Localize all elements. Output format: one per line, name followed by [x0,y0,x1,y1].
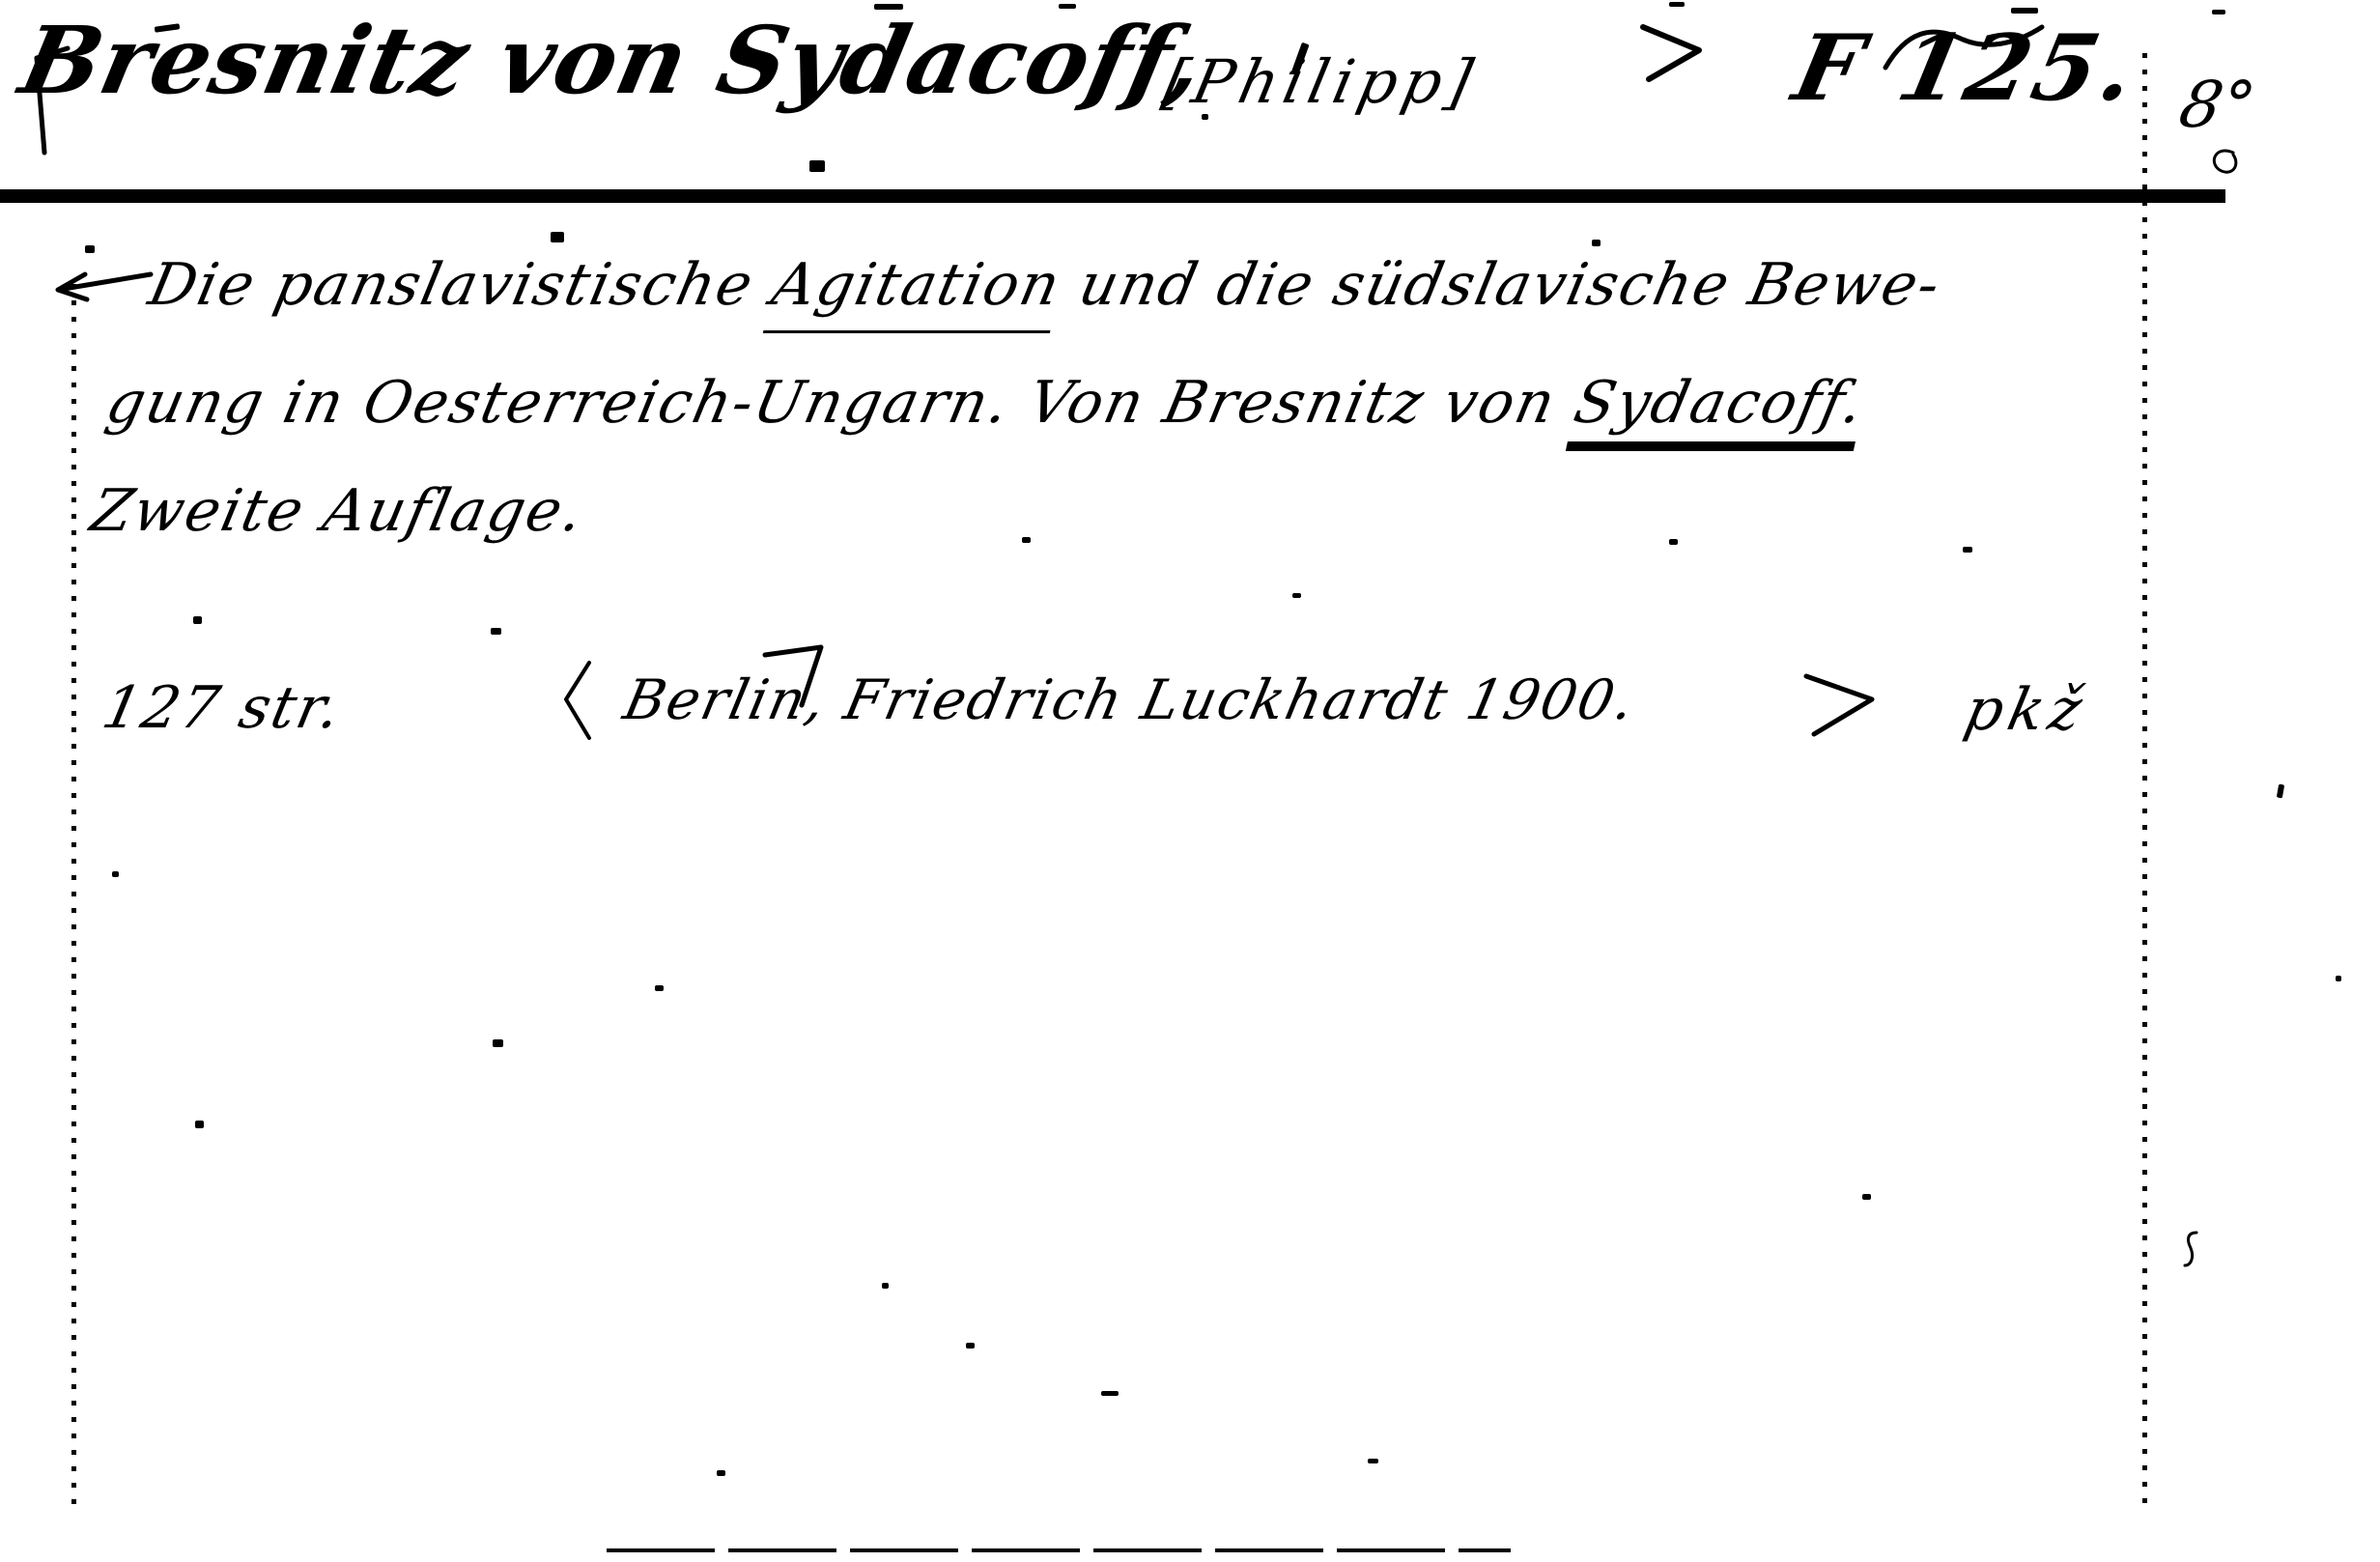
ink-speck [1368,1459,1378,1463]
ink-speck [882,1283,889,1289]
ink-speck [491,628,501,635]
right-dotted-border [2142,53,2147,1511]
ink-speck [85,245,95,253]
title-line1-underlined: Agitation [763,251,1067,333]
title-line-2: gung in Oesterreich-Ungarn. Von Bresnitz… [100,369,1871,437]
ink-speck [1292,593,1301,598]
squiggle-icon [2204,145,2245,184]
left-dotted-border [71,284,76,1509]
ink-speck [1022,537,1031,543]
corner-tick-icon [27,44,95,160]
ink-speck [809,160,825,172]
title-line2-pre: gung in Oesterreich-Ungarn. Von Bresnitz… [100,369,1583,437]
ink-speck [1592,240,1601,246]
title-line2-underlined: Sydacoff. [1566,369,1871,451]
title-line1-pre: Die panslavistische [143,251,780,319]
ink-speck [1862,1194,1871,1200]
extent-pages: 127 str. [97,674,349,742]
title-line1-post: und die südslavische Bewe- [1053,251,1947,319]
title-line-1: Die panslavistische Agitation und die sü… [143,251,1947,319]
ink-speck [1669,539,1678,545]
ink-speck [112,871,119,877]
ink-speck [655,985,664,991]
cataloger-mark: pkž [1959,676,2093,744]
ink-speck [1059,4,1076,9]
ink-speck [966,1343,975,1349]
ink-speck [1101,1391,1119,1396]
flourish-icon [1882,23,2046,71]
ink-speck [2336,976,2341,981]
ink-speck [874,4,903,10]
ink-speck [493,1039,503,1047]
edition-statement: Zweite Auflage. [85,477,590,545]
ink-speck [193,616,202,624]
caret-mark-icon [1637,19,1707,85]
insertion-caret-icon [761,641,836,711]
ink-speck [1963,547,1972,553]
ink-speck [2277,784,2284,799]
header-rule [0,189,2225,203]
author-heading: Bresnitz von Sydacoff, [12,6,1214,115]
ink-speck [551,232,564,242]
caret-after-year-icon [1799,665,1884,740]
ink-speck [2212,10,2225,14]
author-addition: [Philipp] [1157,46,1484,117]
margin-arrow-icon [42,265,158,307]
insertion-angle-left-icon [558,659,597,742]
ink-speck [2011,8,2038,14]
catalog-card-scan: Bresnitz von Sydacoff, [Philipp] F 125. … [0,0,2380,1562]
ink-speck [1669,2,1685,7]
format-octavo: 8° [2173,68,2261,142]
bottom-dashed-line [607,1548,1511,1552]
ink-speck [1202,114,1208,120]
ink-speck [717,1470,725,1476]
margin-stroke-icon [2179,1229,2202,1269]
ink-speck [195,1121,204,1128]
